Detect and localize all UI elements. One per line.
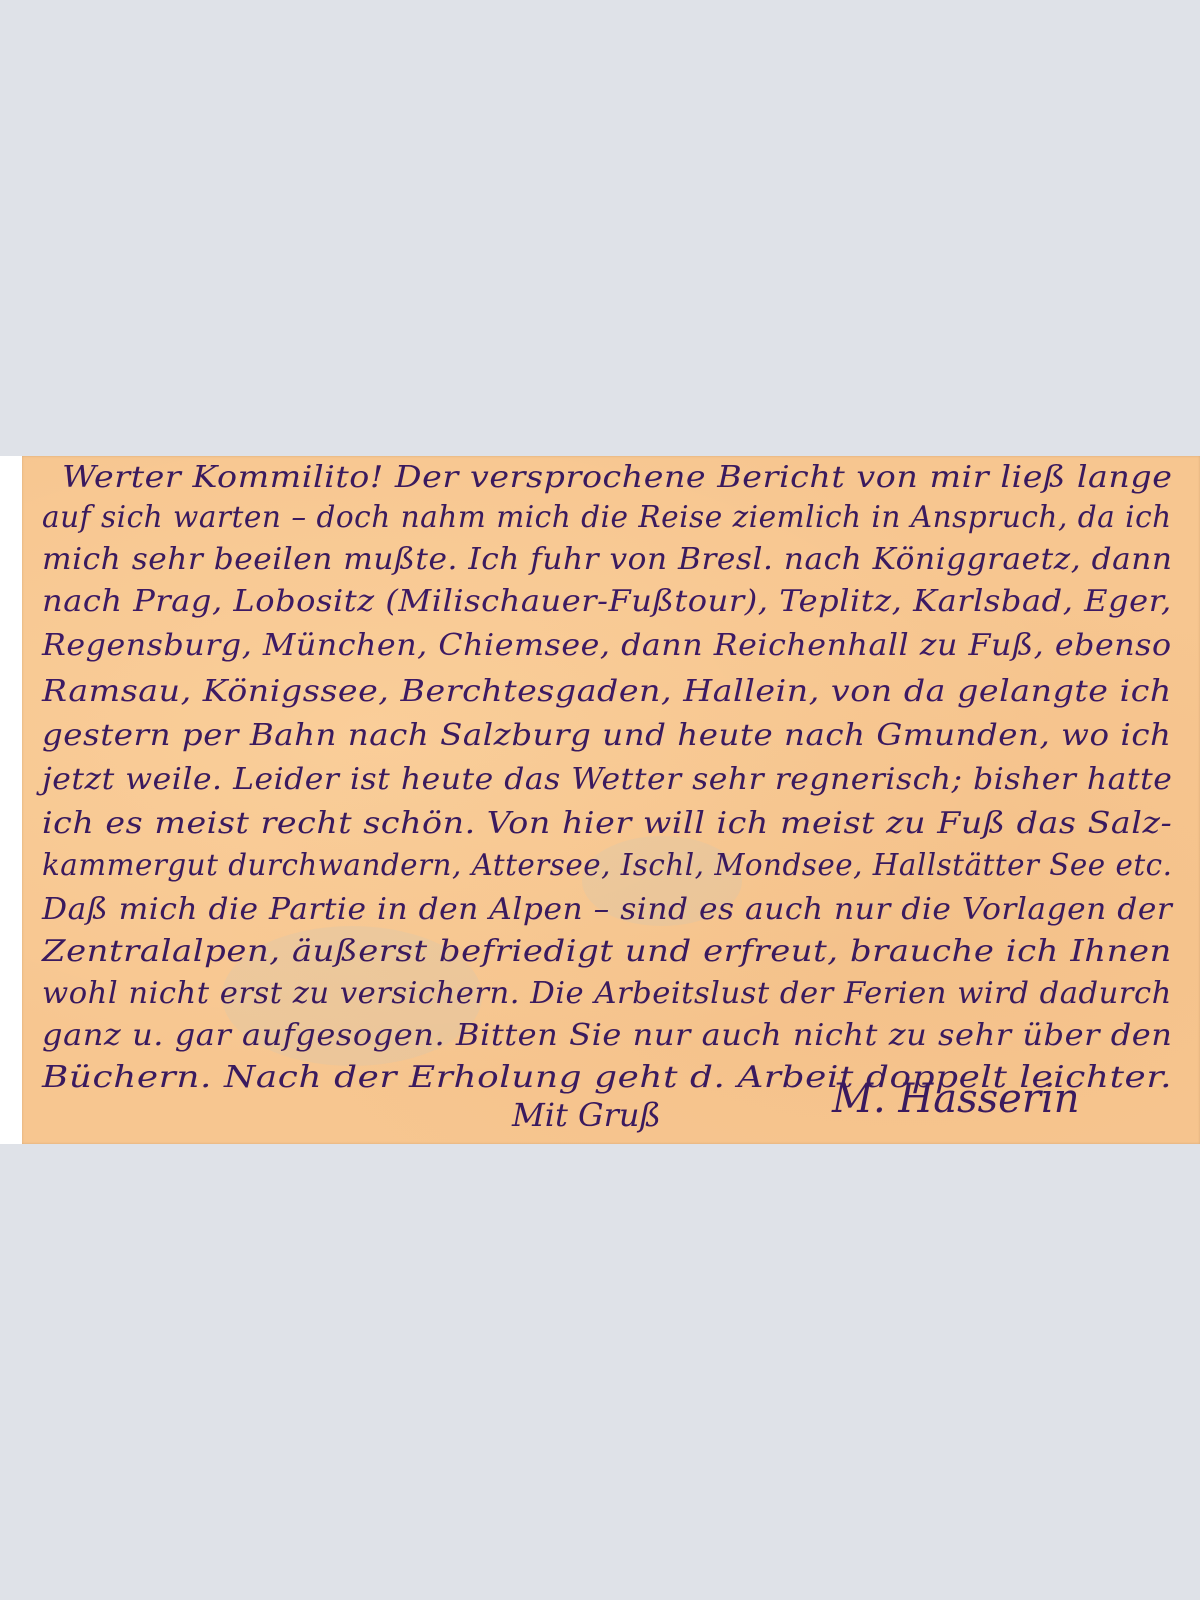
letter-line-6: Ramsau, Königssee, Berchtesgaden, Hallei… (42, 674, 1172, 709)
letter-line-1: Werter Kommilito! Der versprochene Beric… (62, 460, 1173, 495)
letter-line-3: mich sehr beeilen mußte. Ich fuhr von Br… (42, 542, 1172, 577)
letter-line-7: gestern per Bahn nach Salzburg und heute… (42, 718, 1171, 753)
image-viewer: Werter Kommilito! Der versprochene Beric… (0, 0, 1200, 1600)
letter-line-9: ich es meist recht schön. Von hier will … (42, 806, 1172, 841)
letter-line-11: Daß mich die Partie in den Alpen – sind … (42, 892, 1172, 927)
postcard-photo: Werter Kommilito! Der versprochene Beric… (0, 456, 1200, 1144)
letter-line-8: jetzt weile. Leider ist heute das Wetter… (42, 762, 1172, 797)
letter-line-13: wohl nicht erst zu versichern. Die Arbei… (42, 976, 1172, 1011)
letter-line-12: Zentralalpen, äußerst befriedigt und erf… (42, 934, 1172, 969)
letter-line-14: ganz u. gar aufgesogen. Bitten Sie nur a… (42, 1018, 1172, 1053)
letter-line-4: nach Prag, Lobositz (Milischauer-Fußtour… (42, 584, 1172, 619)
letter-line-10: kammergut durchwandern, Attersee, Ischl,… (42, 848, 1172, 883)
letter-line-2: auf sich warten – doch nahm mich die Rei… (42, 500, 1172, 535)
letter-line-5: Regensburg, München, Chiemsee, dann Reic… (42, 628, 1172, 663)
letter-closing: Mit Gruß (512, 1096, 661, 1134)
letter-signature: M. Hasserin (832, 1076, 1080, 1122)
postcard-paper: Werter Kommilito! Der versprochene Beric… (22, 456, 1200, 1144)
